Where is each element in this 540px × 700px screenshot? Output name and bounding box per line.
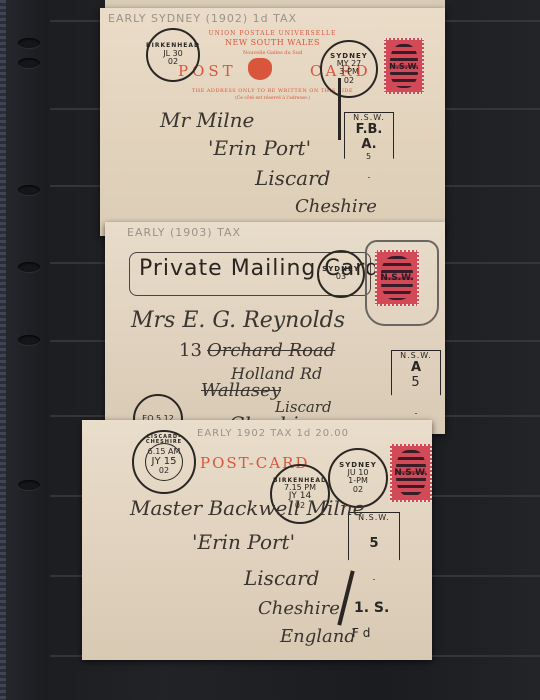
address-line: Master Backwell Milne: [130, 496, 365, 520]
tax-mark: N.S.W. A 5: [391, 350, 441, 414]
address-number: 13: [179, 340, 202, 361]
pencil-note: EARLY (1903) TAX: [127, 226, 241, 239]
address-line: Mrs E. G. Reynolds: [131, 308, 345, 333]
postmark-liscard: LISCARD-CHESHIRE 6.15 AM JY 15 02: [132, 430, 196, 494]
postmark-sydney: SYDNEY MY 27 3-PM 02: [320, 40, 378, 98]
address-line: Cheshire: [258, 598, 340, 619]
binder-hole: [18, 185, 40, 195]
binder-hole: [18, 38, 40, 48]
address-line: 'Erin Port': [208, 136, 311, 160]
stamp-nsw-1d: N.S.W.: [390, 444, 432, 502]
tax-mark: N.S.W. F.B. A. 5: [344, 112, 394, 178]
tax-mark: N.S.W. 5: [348, 512, 400, 580]
struck-out-line: Wallasey: [201, 380, 281, 401]
postmark-sydney: SYDNEY 03: [317, 250, 365, 298]
address-line: England: [280, 626, 356, 647]
address-line: Liscard: [255, 166, 330, 190]
postcard-1: EARLY SYDNEY (1902) 1d TAX UNION POSTALE…: [100, 8, 445, 236]
pen-stroke: [337, 570, 354, 625]
postcard-2: EARLY (1903) TAX Private Mailing Card SY…: [105, 222, 445, 434]
address-line: Liscard: [244, 566, 319, 590]
header-upu: UNION POSTALE UNIVERSELLE: [100, 30, 445, 37]
address-line: Mr Milne: [160, 108, 254, 132]
stamp-nsw-1d: N.S.W.: [384, 38, 424, 94]
address-line: Cheshire: [295, 196, 377, 217]
pencil-note: EARLY 1902 TAX 1d 20.00: [197, 428, 349, 439]
postcard-3: EARLY 1902 TAX 1d 20.00 POST-CARD LISCAR…: [82, 420, 432, 660]
address-line: 'Erin Port': [192, 530, 295, 554]
struck-out-line: Orchard Road: [207, 340, 335, 361]
binder-hole: [18, 262, 40, 272]
postmark-birkenhead: BIRKENHEAD JL 30 02: [146, 28, 200, 82]
stamp-nsw-1d: N.S.W.: [375, 250, 419, 306]
binder-hole: [18, 480, 40, 490]
pen-stroke: [338, 78, 341, 140]
binder-hole: [18, 335, 40, 345]
binder-hole: [18, 58, 40, 68]
album-binding-edge: [0, 0, 6, 700]
pencil-note: EARLY SYDNEY (1902) 1d TAX: [108, 12, 297, 25]
address-note-fr: (Ce côté est réservé à l'adresse.): [100, 96, 445, 101]
tax-label: 1. S.: [354, 600, 389, 616]
coat-of-arms-icon: [248, 58, 272, 80]
